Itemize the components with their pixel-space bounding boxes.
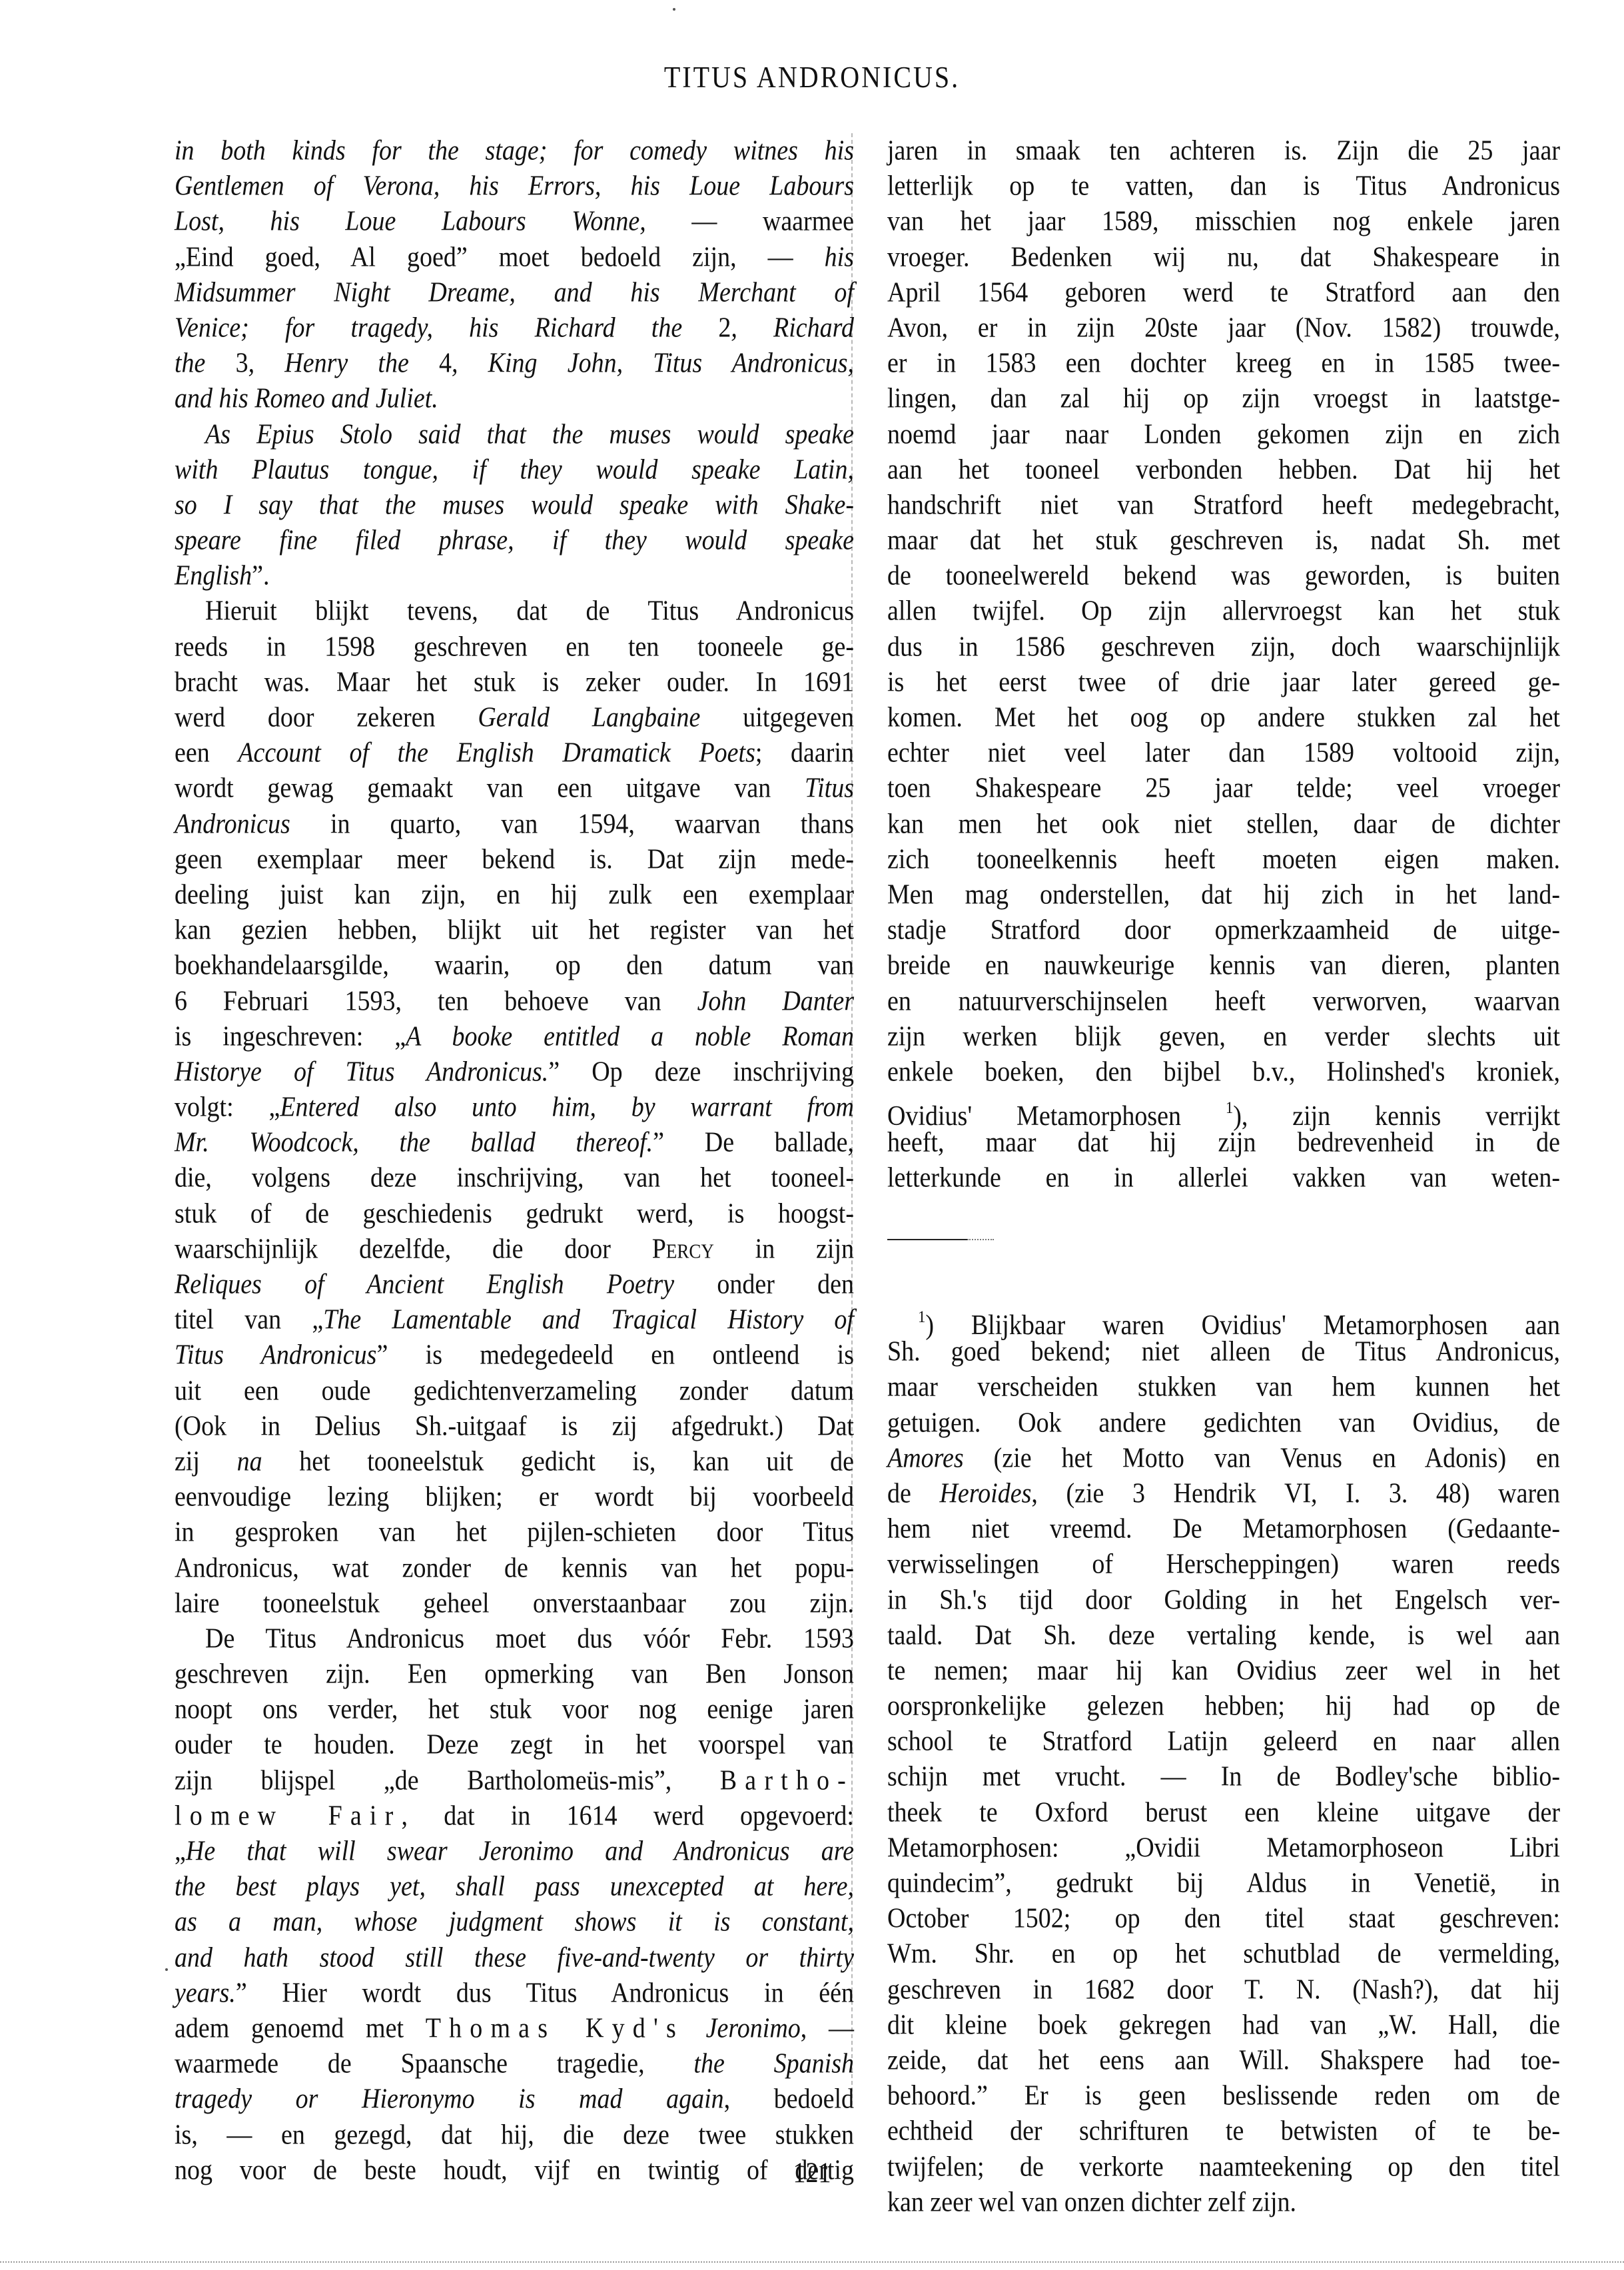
text-line: oorspronkelijke gelezen hebben; hij had … bbox=[887, 1687, 1560, 1726]
italic-text: Lost, his Loue Labours Wonne, bbox=[175, 206, 691, 237]
text-line: Andronicus in quarto, van 1594, waarvan … bbox=[175, 804, 854, 844]
text-run: boekhandelaarsgilde, waarin, op den datu… bbox=[175, 950, 854, 981]
text-run: adem genoemd met bbox=[175, 2012, 426, 2044]
italic-text: in both kinds for the stage; for comedy … bbox=[175, 135, 854, 166]
text-line: (Ook in Delius Sh.-uitgaaf is zij afgedr… bbox=[175, 1407, 854, 1447]
italic-text: Amores bbox=[887, 1442, 964, 1473]
text-run: „ bbox=[175, 1835, 186, 1866]
text-line: getuigen. Ook andere gedichten van Ovidi… bbox=[887, 1403, 1560, 1443]
text-line: Reliques of Ancient English Poetry onder… bbox=[175, 1265, 854, 1305]
margin-speck bbox=[673, 8, 675, 11]
text-run: quindecim”, gedrukt bij Aldus in Venetië… bbox=[887, 1867, 1560, 1898]
text-run: ” Hier wordt dus Titus Andronicus in één bbox=[236, 1977, 854, 2008]
italic-text: and his Romeo and Juliet. bbox=[175, 383, 438, 414]
italic-text: so I say that the muses would speake wit… bbox=[175, 489, 854, 520]
text-run: dus in 1586 geschreven zijn, doch waarsc… bbox=[887, 631, 1560, 662]
text-line: toen Shakespeare 25 jaar telde; veel vro… bbox=[887, 769, 1560, 809]
text-line: kan gezien hebben, blijkt uit het regist… bbox=[175, 911, 854, 950]
text-run: echter niet veel later dan 1589 voltooid… bbox=[887, 737, 1560, 769]
text-run: kan men het ook niet stellen, daar de di… bbox=[887, 808, 1560, 839]
italic-text: As Epius Stolo said that the muses would… bbox=[205, 418, 854, 450]
text-run: stadje Stratford door opmerkzaamheid de … bbox=[887, 915, 1560, 946]
text-line: zeide, dat het eens aan Will. Shakspere … bbox=[887, 2041, 1560, 2081]
text-line: reeds in 1598 geschreven en ten tooneele… bbox=[175, 627, 854, 667]
text-run: 6 Februari 1593, ten behoeve van bbox=[175, 985, 697, 1016]
text-line: werd door zekeren Gerald Langbaine uitge… bbox=[175, 698, 854, 738]
text-line: years.” Hier wordt dus Titus Andronicus … bbox=[175, 1974, 854, 2014]
italic-text: The Lamentable and Tragical History of bbox=[323, 1304, 854, 1335]
text-line: Lost, his Loue Labours Wonne, — waarmee bbox=[175, 202, 854, 242]
text-run: en natuurverschijnselen heeft verworven,… bbox=[887, 985, 1560, 1016]
text-run: noopt ons verder, het stuk voor nog eeni… bbox=[175, 1694, 854, 1725]
text-line: 1) Blijkbaar waren Ovidius' Metamorphose… bbox=[887, 1297, 1560, 1337]
text-run: (Ook in Delius Sh.-uitgaaf is zij afgedr… bbox=[175, 1410, 854, 1441]
text-line: een Account of the English Dramatick Poe… bbox=[175, 733, 854, 773]
text-line: Andronicus, wat zonder de kennis van het… bbox=[175, 1548, 854, 1588]
text-run: lingen, dan zal hij op zijn vroegst in l… bbox=[887, 383, 1560, 414]
italic-text: Jeronimo bbox=[706, 2012, 801, 2044]
text-line: noopt ons verder, het stuk voor nog eeni… bbox=[175, 1690, 854, 1730]
footnote-divider bbox=[887, 1239, 967, 1240]
text-line: allen twijfel. Op zijn allervroegst kan … bbox=[887, 591, 1560, 631]
italic-text: He that will swear Jeronimo and Andronic… bbox=[186, 1835, 854, 1866]
text-run: theek te Oxford berust een kleine uitgav… bbox=[887, 1796, 1560, 1828]
text-line: speare fine filed phrase, if they would … bbox=[175, 521, 854, 561]
text-line: Venice; for tragedy, his Richard the 2, … bbox=[175, 308, 854, 348]
italic-text: , Henry the bbox=[248, 348, 439, 379]
text-line: De Titus Andronicus moet dus vóór Febr. … bbox=[175, 1619, 854, 1659]
text-run: is het eerst twee of drie jaar later ger… bbox=[887, 666, 1560, 697]
text-line: te nemen; maar hij kan Ovidius zeer wel … bbox=[887, 1651, 1560, 1691]
text-run: onder den bbox=[674, 1268, 854, 1300]
text-run: zeide, dat het eens aan Will. Shakspere … bbox=[887, 2044, 1560, 2076]
text-line: Historye of Titus Andronicus.” Op deze i… bbox=[175, 1052, 854, 1092]
text-run: kan gezien hebben, blijkt uit het regist… bbox=[175, 915, 854, 946]
text-run: handschrift niet van Stratford heeft med… bbox=[887, 489, 1560, 520]
text-line: letterkunde en in allerlei vakken van we… bbox=[887, 1158, 1560, 1198]
italic-text: with Plautus tongue, if they would speak… bbox=[175, 454, 854, 485]
text-run: Men mag onderstellen, dat hij zich in he… bbox=[887, 879, 1560, 910]
text-line: in Sh.'s tijd door Golding in het Engels… bbox=[887, 1580, 1560, 1620]
text-run: „Eind goed, Al goed” moet bedoeld zijn, … bbox=[175, 241, 825, 272]
text-run: — waarmee bbox=[691, 206, 854, 237]
text-run: is ingeschreven: „ bbox=[175, 1020, 406, 1052]
text-line: en natuurverschijnselen heeft verworven,… bbox=[887, 981, 1560, 1021]
text-line: zij na het tooneelstuk gedicht is, kan u… bbox=[175, 1442, 854, 1482]
text-line: de Heroides, (zie 3 Hendrik VI, I. 3. 48… bbox=[887, 1474, 1560, 1514]
text-run: toen Shakespeare 25 jaar telde; veel vro… bbox=[887, 773, 1560, 804]
text-line: lingen, dan zal hij op zijn vroegst in l… bbox=[887, 379, 1560, 419]
italic-text: English bbox=[175, 560, 252, 591]
text-line: Men mag onderstellen, dat hij zich in he… bbox=[887, 875, 1560, 915]
page-number: 121 bbox=[0, 2156, 1624, 2190]
text-run: 2 bbox=[718, 312, 731, 343]
text-line: bracht was. Maar het stuk is zeker ouder… bbox=[175, 663, 854, 703]
text-run: maar dat het stuk geschreven is, nadat S… bbox=[887, 524, 1560, 556]
text-line: and his Romeo and Juliet. bbox=[175, 379, 854, 419]
text-run: wordt gewag gemaakt van een uitgave van bbox=[175, 773, 805, 804]
text-line: April 1564 geboren werd te Stratford aan… bbox=[887, 273, 1560, 313]
italic-text: as a man, whose judgment shows it is con… bbox=[175, 1906, 854, 1938]
italic-text: speare fine filed phrase, if they would … bbox=[175, 524, 854, 556]
margin-speck bbox=[165, 1968, 168, 1971]
text-run: letterkunde en in allerlei vakken van we… bbox=[887, 1162, 1560, 1194]
text-run: , (zie 3 Hendrik VI, I. 3. 48) waren bbox=[1031, 1477, 1560, 1509]
italic-text: Account of the English Dramatick Poets bbox=[238, 737, 755, 769]
text-run: jaren in smaak ten achteren is. Zijn die… bbox=[887, 135, 1560, 166]
text-run: echtheid der schrifturen te betwisten of… bbox=[887, 2115, 1560, 2147]
text-line: echter niet veel later dan 1589 voltooid… bbox=[887, 733, 1560, 773]
text-line: the 3, Henry the 4, King John, Titus And… bbox=[175, 344, 854, 384]
text-line: maar dat het stuk geschreven is, nadat S… bbox=[887, 521, 1560, 561]
text-run: waarmede de Spaansche tragedie, bbox=[175, 2048, 693, 2080]
text-line: Titus Andronicus” is medegedeeld en ontl… bbox=[175, 1335, 854, 1375]
text-line: zijn blijspel „de Bartholomeüs-mis”, Bar… bbox=[175, 1760, 854, 1800]
text-run: breide en nauwkeurige kennis van dieren,… bbox=[887, 950, 1560, 981]
text-run: laire tooneelstuk geheel onverstaanbaar … bbox=[175, 1587, 854, 1619]
italic-text: tragedy or Hieronymo is mad again bbox=[175, 2083, 724, 2115]
text-line: enkele boeken, den bijbel b.v., Holinshe… bbox=[887, 1052, 1560, 1092]
text-run: reeds in 1598 geschreven en ten tooneele… bbox=[175, 631, 854, 662]
text-run: maar verscheiden stukken van hem kunnen … bbox=[887, 1371, 1560, 1403]
footnote-divider-dots bbox=[967, 1239, 994, 1240]
text-line: taald. Dat Sh. deze vertaling kende, is … bbox=[887, 1615, 1560, 1655]
spaced-text: Thomas Kyd's bbox=[426, 2012, 684, 2044]
text-run: geen exemplaar meer bekend is. Dat zijn … bbox=[175, 843, 854, 875]
text-line: is ingeschreven: „A booke entitled a nob… bbox=[175, 1016, 854, 1056]
italic-text: Mr. Woodcock, the ballad thereof. bbox=[175, 1127, 653, 1158]
italic-text: and hath stood still these five-and-twen… bbox=[175, 1942, 854, 1973]
text-line: lomew Fair, dat in 1614 werd opgevoerd: bbox=[175, 1796, 854, 1836]
text-line: volgt: „Entered also unto him, by warran… bbox=[175, 1088, 854, 1128]
text-line: handschrift niet van Stratford heeft med… bbox=[887, 486, 1560, 526]
text-run: is, — en gezegd, dat hij, die deze twee … bbox=[175, 2119, 854, 2150]
text-line: breide en nauwkeurige kennis van dieren,… bbox=[887, 946, 1560, 986]
text-run: heeft, maar dat hij zijn bedrevenheid in… bbox=[887, 1127, 1560, 1158]
text-run: dit kleine boek gekregen had van „W. Hal… bbox=[887, 2009, 1560, 2040]
text-run: zij bbox=[175, 1445, 237, 1477]
text-line: laire tooneelstuk geheel onverstaanbaar … bbox=[175, 1583, 854, 1623]
text-run: enkele boeken, den bijbel b.v., Holinshe… bbox=[887, 1056, 1560, 1087]
text-run: zijn blijspel „de Bartholomeüs-mis”, bbox=[175, 1764, 720, 1796]
text-line: Ovidius' Metamorphosen 1), zijn kennis v… bbox=[887, 1088, 1560, 1128]
text-line: kan men het ook niet stellen, daar de di… bbox=[887, 804, 1560, 844]
spaced-text: Bartho- bbox=[720, 1764, 854, 1796]
text-run bbox=[684, 2012, 706, 2044]
italic-text: , King John, Titus Andronicus, bbox=[452, 348, 854, 379]
text-line: zich tooneelkennis heeft moeten eigen ma… bbox=[887, 840, 1560, 880]
text-line: van het jaar 1589, misschien nog enkele … bbox=[887, 202, 1560, 242]
text-line: aan het tooneel verbonden hebben. Dat hi… bbox=[887, 450, 1560, 490]
text-line: the best plays yet, shall pass unexcepte… bbox=[175, 1867, 854, 1907]
text-run: te nemen; maar hij kan Ovidius zeer wel … bbox=[887, 1655, 1560, 1686]
text-run: kan zeer wel van onzen dichter zelf zijn… bbox=[887, 2186, 1296, 2217]
italic-text: the Spanish bbox=[693, 2048, 854, 2080]
text-line: Hieruit blijkt tevens, dat de Titus Andr… bbox=[175, 591, 854, 631]
text-run: 3 bbox=[236, 348, 248, 379]
text-run: er in 1583 een dochter kreeg en in 1585 … bbox=[887, 348, 1560, 379]
text-line: dit kleine boek gekregen had van „W. Hal… bbox=[887, 2006, 1560, 2046]
text-line: komen. Met het oog op andere stukken zal… bbox=[887, 698, 1560, 738]
text-line: noemd jaar naar Londen gekomen zijn en z… bbox=[887, 414, 1560, 454]
text-run: vroeger. Bedenken wij nu, dat Shakespear… bbox=[887, 241, 1560, 272]
text-line: stuk of de geschiedenis gedrukt werd, is… bbox=[175, 1194, 854, 1234]
text-line: as a man, whose judgment shows it is con… bbox=[175, 1902, 854, 1942]
text-line: eenvoudige lezing blijken; er wordt bij … bbox=[175, 1477, 854, 1517]
text-run: de tooneelwereld bekend was geworden, is… bbox=[887, 560, 1560, 591]
text-line: jaren in smaak ten achteren is. Zijn die… bbox=[887, 131, 1560, 171]
text-run: titel van „ bbox=[175, 1304, 323, 1335]
text-run: de bbox=[887, 1477, 939, 1509]
italic-text: years. bbox=[175, 1977, 236, 2008]
text-run: April 1564 geboren werd te Stratford aan… bbox=[887, 276, 1560, 308]
text-run: geschreven zijn. Een opmerking van Ben J… bbox=[175, 1658, 854, 1689]
text-line: Mr. Woodcock, the ballad thereof.” De ba… bbox=[175, 1123, 854, 1163]
italic-text: John Danter bbox=[697, 985, 854, 1016]
text-line: uit een oude gedichtenverzameling zonder… bbox=[175, 1371, 854, 1411]
text-run: zijn werken blijk geven, en verder slech… bbox=[887, 1020, 1560, 1052]
text-run: Wm. Shr. en op het schutblad de vermeldi… bbox=[887, 1938, 1560, 1970]
text-line: Wm. Shr. en op het schutblad de vermeldi… bbox=[887, 1934, 1560, 1974]
text-run: eenvoudige lezing blijken; er wordt bij … bbox=[175, 1481, 854, 1513]
text-line: is het eerst twee of drie jaar later ger… bbox=[887, 663, 1560, 703]
italic-text: his bbox=[825, 241, 854, 272]
text-run: een bbox=[175, 737, 238, 769]
text-run: Avon, er in zijn 20ste jaar (Nov. 1582) … bbox=[887, 312, 1560, 343]
text-line: „He that will swear Jeronimo and Androni… bbox=[175, 1832, 854, 1872]
text-run: letterlijk op te vatten, dan is Titus An… bbox=[887, 171, 1560, 202]
text-run: aan het tooneel verbonden hebben. Dat hi… bbox=[887, 454, 1560, 485]
running-head: TITUS ANDRONICUS. bbox=[0, 59, 1624, 95]
text-line: wordt gewag gemaakt van een uitgave van … bbox=[175, 769, 854, 809]
text-run: volgt: „ bbox=[175, 1091, 280, 1122]
text-run: ” is medegedeeld en ontleend is bbox=[376, 1339, 854, 1371]
text-run: (zie het Motto van Venus en Adonis) en bbox=[964, 1442, 1560, 1473]
text-run: in quarto, van 1594, waarvan thans bbox=[290, 808, 854, 839]
text-line: English”. bbox=[175, 556, 854, 596]
footnote-marker: 1 bbox=[918, 1307, 925, 1325]
italic-text: Entered also unto him, by warrant from bbox=[280, 1091, 854, 1122]
italic-text: Reliques of Ancient English Poetry bbox=[175, 1268, 674, 1300]
text-run: schijn met vrucht. — In de Bodley'sche b… bbox=[887, 1761, 1560, 1792]
text-run: deeling juist kan zijn, en hij zulk een … bbox=[175, 879, 854, 910]
smallcaps-text: Percy bbox=[652, 1233, 714, 1264]
text-run: ouder te houden. Deze zegt in het voorsp… bbox=[175, 1729, 854, 1760]
text-run: uitgegeven bbox=[700, 701, 854, 733]
text-line: in both kinds for the stage; for comedy … bbox=[175, 131, 854, 171]
text-line: geen exemplaar meer bekend is. Dat zijn … bbox=[175, 840, 854, 880]
text-line: with Plautus tongue, if they would speak… bbox=[175, 450, 854, 490]
italic-text: Heroides bbox=[939, 1477, 1031, 1509]
text-line: geschreven zijn. Een opmerking van Ben J… bbox=[175, 1655, 854, 1695]
text-line: vroeger. Bedenken wij nu, dat Shakespear… bbox=[887, 237, 1560, 277]
text-run: komen. Met het oog op andere stukken zal… bbox=[887, 701, 1560, 733]
italic-text: Gentlemen of Verona, his Errors, his Lou… bbox=[175, 171, 854, 202]
text-line: Metamorphosen: „Ovidii Metamorphoseon Li… bbox=[887, 1828, 1560, 1868]
italic-text: Venice; for tragedy, his Richard the bbox=[175, 312, 718, 343]
text-run: noemd jaar naar Londen gekomen zijn en z… bbox=[887, 418, 1560, 450]
text-run: bracht was. Maar het stuk is zeker ouder… bbox=[175, 666, 854, 697]
text-run: getuigen. Ook andere gedichten van Ovidi… bbox=[887, 1407, 1560, 1438]
text-line: letterlijk op te vatten, dan is Titus An… bbox=[887, 167, 1560, 206]
text-line: geschreven in 1682 door T. N. (Nash?), d… bbox=[887, 1970, 1560, 2010]
text-line: titel van „The Lamentable and Tragical H… bbox=[175, 1300, 854, 1340]
text-run: hem niet vreemd. De Metamorphosen (Gedaa… bbox=[887, 1513, 1560, 1545]
text-run: die, volgens deze inschrijving, van het … bbox=[175, 1162, 854, 1194]
text-line: stadje Stratford door opmerkzaamheid de … bbox=[887, 911, 1560, 950]
italic-text: Historye of Titus Andronicus. bbox=[175, 1056, 548, 1087]
text-run: Andronicus, wat zonder de kennis van het… bbox=[175, 1552, 854, 1583]
text-run: Hieruit blijkt tevens, dat de Titus Andr… bbox=[205, 595, 854, 627]
text-line: zijn werken blijk geven, en verder slech… bbox=[887, 1016, 1560, 1056]
text-run: zich tooneelkennis heeft moeten eigen ma… bbox=[887, 843, 1560, 875]
text-line: Avon, er in zijn 20ste jaar (Nov. 1582) … bbox=[887, 308, 1560, 348]
text-run: in Sh.'s tijd door Golding in het Engels… bbox=[887, 1584, 1560, 1615]
text-line: Amores (zie het Motto van Venus en Adoni… bbox=[887, 1439, 1560, 1479]
italic-text: the bbox=[175, 348, 236, 379]
text-run: van het jaar 1589, misschien nog enkele … bbox=[887, 206, 1560, 237]
text-line: 6 Februari 1593, ten behoeve van John Da… bbox=[175, 981, 854, 1021]
text-line: quindecim”, gedrukt bij Aldus in Venetië… bbox=[887, 1864, 1560, 1904]
text-run: ” Op deze inschrijving bbox=[548, 1056, 854, 1087]
text-run: , dat in 1614 werd opgevoerd: bbox=[401, 1800, 854, 1831]
text-line: Gentlemen of Verona, his Errors, his Lou… bbox=[175, 167, 854, 206]
text-line: „Eind goed, Al goed” moet bedoeld zijn, … bbox=[175, 237, 854, 277]
text-line: behoord.” Er is geen beslissende reden o… bbox=[887, 2076, 1560, 2116]
footnote: 1) Blijkbaar waren Ovidius' Metamorphose… bbox=[887, 1299, 1560, 2220]
text-line: so I say that the muses would speake wit… bbox=[175, 486, 854, 526]
left-column: in both kinds for the stage; for comedy … bbox=[175, 133, 854, 2188]
text-run: verwisselingen of Herscheppingen) waren … bbox=[887, 1549, 1560, 1580]
text-run: in zijn bbox=[714, 1233, 854, 1264]
text-run: uit een oude gedichtenverzameling zonder… bbox=[175, 1375, 854, 1406]
text-line: and hath stood still these five-and-twen… bbox=[175, 1938, 854, 1978]
text-run: , bedoeld bbox=[724, 2083, 854, 2115]
page-bottom-edge bbox=[0, 2261, 1624, 2263]
text-run: Metamorphosen: „Ovidii Metamorphoseon Li… bbox=[887, 1832, 1560, 1863]
text-run: ”. bbox=[252, 560, 269, 591]
italic-text: Titus bbox=[805, 773, 854, 804]
text-run: 4 bbox=[439, 348, 452, 379]
text-line: in gesproken van het pijlen-schieten doo… bbox=[175, 1513, 854, 1553]
text-line: October 1502; op den titel staat geschre… bbox=[887, 1899, 1560, 1939]
spaced-text: lomew Fair bbox=[175, 1800, 401, 1831]
text-line: is, — en gezegd, dat hij, die deze twee … bbox=[175, 2115, 854, 2155]
text-line: deeling juist kan zijn, en hij zulk een … bbox=[175, 875, 854, 915]
text-line: theek te Oxford berust een kleine uitgav… bbox=[887, 1792, 1560, 1832]
text-run: oorspronkelijke gelezen hebben; hij had … bbox=[887, 1690, 1560, 1721]
text-line: waarschijnlijk dezelfde, die door Percy … bbox=[175, 1230, 854, 1270]
text-line: echtheid der schrifturen te betwisten of… bbox=[887, 2111, 1560, 2151]
text-run: ; daarin bbox=[755, 737, 854, 769]
italic-text: Midsummer Night Dreame, and his Merchant… bbox=[175, 276, 854, 308]
text-run: De Titus Andronicus moet dus vóór Febr. … bbox=[205, 1623, 854, 1654]
text-run: geschreven in 1682 door T. N. (Nash?), d… bbox=[887, 1974, 1560, 2005]
text-line: de tooneelwereld bekend was geworden, is… bbox=[887, 556, 1560, 596]
text-line: waarmede de Spaansche tragedie, the Span… bbox=[175, 2044, 854, 2084]
text-run: ” De ballade, bbox=[653, 1127, 854, 1158]
text-line: tragedy or Hieronymo is mad again, bedoe… bbox=[175, 2080, 854, 2119]
italic-text: Titus Andronicus bbox=[175, 1339, 376, 1371]
text-line: hem niet vreemd. De Metamorphosen (Gedaa… bbox=[887, 1509, 1560, 1549]
italic-text: the best plays yet, shall pass unexcepte… bbox=[175, 1871, 854, 1902]
text-line: boekhandelaarsgilde, waarin, op den datu… bbox=[175, 946, 854, 986]
italic-text: Andronicus bbox=[175, 808, 290, 839]
text-run: behoord.” Er is geen beslissende reden o… bbox=[887, 2080, 1560, 2111]
italic-text: A booke entitled a noble Roman bbox=[406, 1020, 854, 1052]
text-line: verwisselingen of Herscheppingen) waren … bbox=[887, 1545, 1560, 1585]
text-line: ouder te houden. Deze zegt in het voorsp… bbox=[175, 1725, 854, 1765]
text-run: waarschijnlijk dezelfde, die door bbox=[175, 1233, 652, 1264]
footnote-marker: 1 bbox=[1226, 1098, 1233, 1117]
italic-text: na bbox=[237, 1445, 262, 1477]
text-line: er in 1583 een dochter kreeg en in 1585 … bbox=[887, 344, 1560, 384]
text-run: , — bbox=[801, 2012, 854, 2044]
text-run: school te Stratford Latijn geleerd en na… bbox=[887, 1726, 1560, 1757]
text-run: taald. Dat Sh. deze vertaling kende, is … bbox=[887, 1619, 1560, 1651]
text-line: Sh. goed bekend; niet alleen de Titus An… bbox=[887, 1332, 1560, 1372]
text-line: As Epius Stolo said that the muses would… bbox=[175, 414, 854, 454]
text-line: heeft, maar dat hij zijn bedrevenheid in… bbox=[887, 1123, 1560, 1163]
text-run: October 1502; op den titel staat geschre… bbox=[887, 1903, 1560, 1934]
text-line: dus in 1586 geschreven zijn, doch waarsc… bbox=[887, 627, 1560, 667]
text-line: die, volgens deze inschrijving, van het … bbox=[175, 1158, 854, 1198]
text-run: in gesproken van het pijlen-schieten doo… bbox=[175, 1517, 854, 1548]
right-column: jaren in smaak ten achteren is. Zijn die… bbox=[887, 133, 1560, 1196]
text-run: allen twijfel. Op zijn allervroegst kan … bbox=[887, 595, 1560, 627]
text-run: stuk of de geschiedenis gedrukt werd, is… bbox=[175, 1198, 854, 1229]
text-line: maar verscheiden stukken van hem kunnen … bbox=[887, 1367, 1560, 1407]
text-run: Sh. goed bekend; niet alleen de Titus An… bbox=[887, 1336, 1560, 1367]
italic-text: Gerald Langbaine bbox=[478, 701, 700, 733]
text-run: werd door zekeren bbox=[175, 701, 478, 733]
italic-text: , Richard bbox=[731, 312, 854, 343]
text-line: schijn met vrucht. — In de Bodley'sche b… bbox=[887, 1757, 1560, 1797]
text-line: Midsummer Night Dreame, and his Merchant… bbox=[175, 273, 854, 313]
text-run: het tooneelstuk gedicht is, kan uit de bbox=[262, 1445, 854, 1477]
text-line: school te Stratford Latijn geleerd en na… bbox=[887, 1722, 1560, 1762]
text-line: adem genoemd met Thomas Kyd's Jeronimo, … bbox=[175, 2009, 854, 2049]
